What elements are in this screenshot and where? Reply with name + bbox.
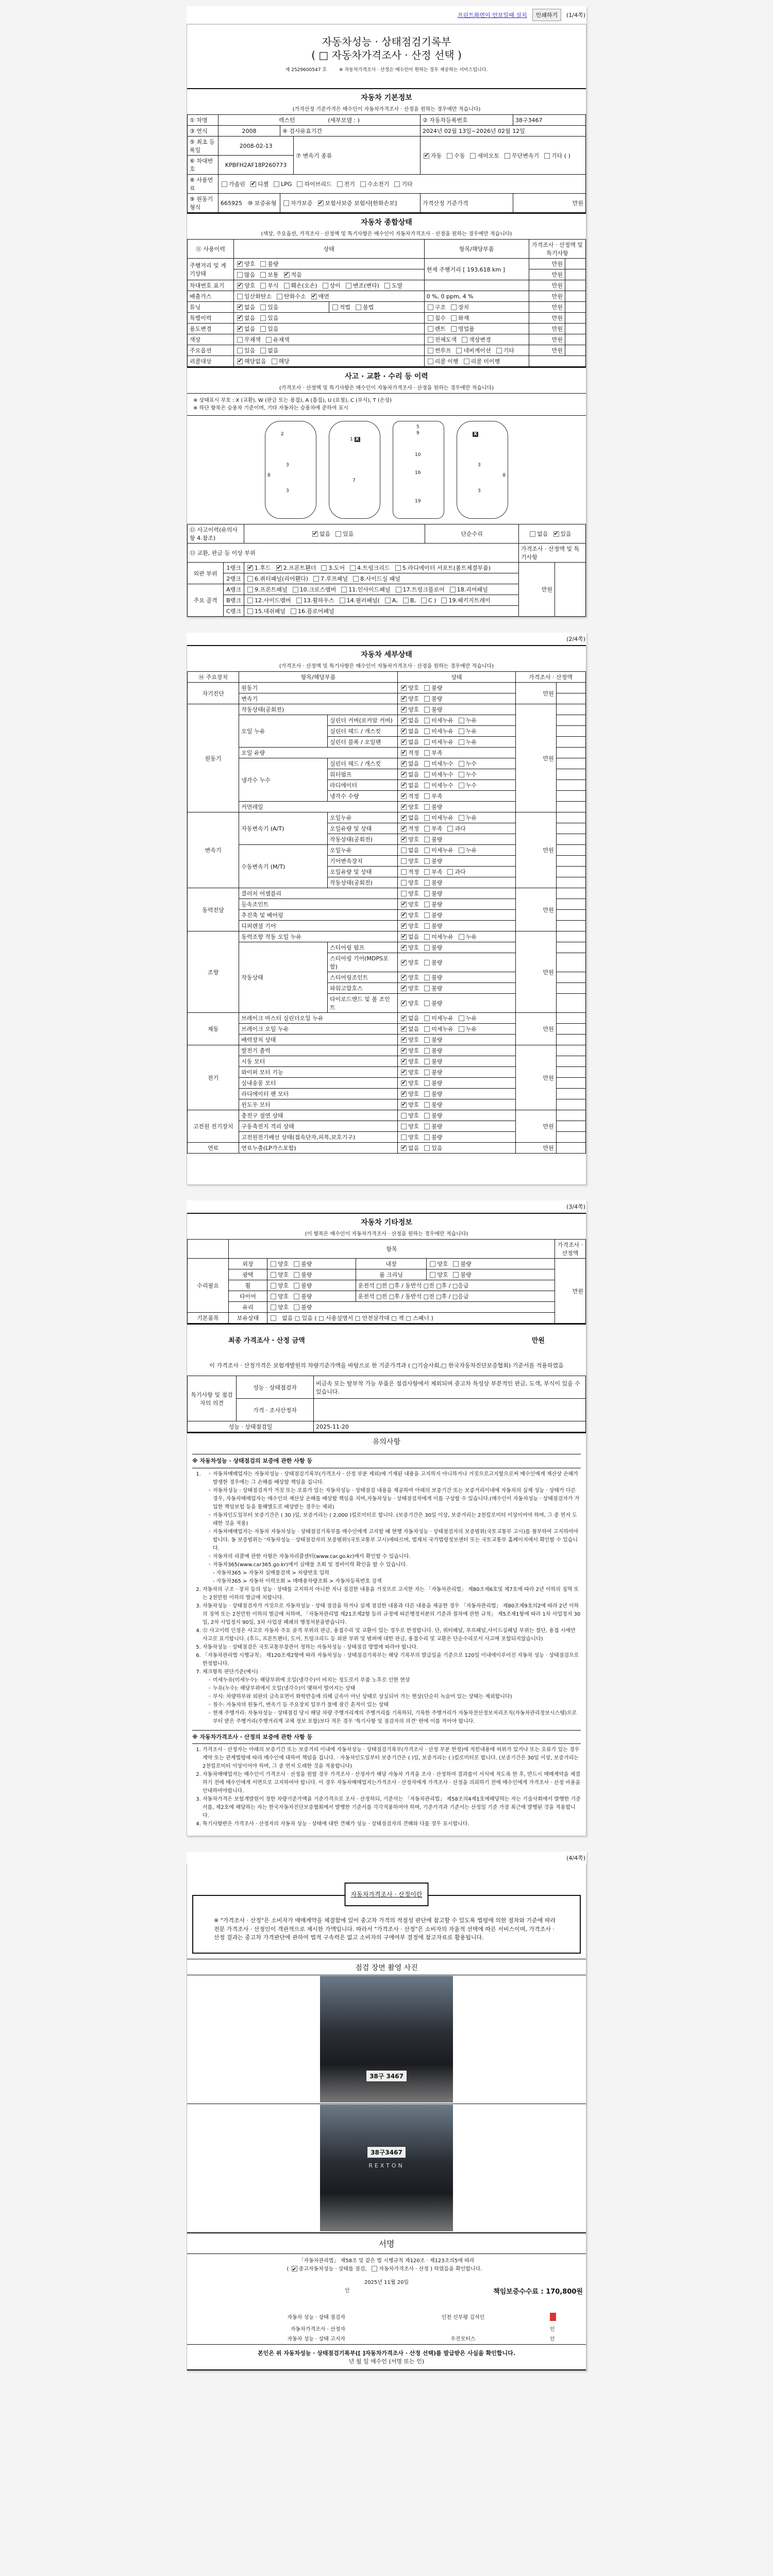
unchecked-box-icon[interactable] [401, 1134, 407, 1140]
unchecked-box-icon[interactable] [424, 728, 430, 734]
unchecked-box-icon[interactable] [277, 294, 282, 299]
unchecked-box-icon[interactable] [470, 153, 476, 159]
checkbox-option[interactable]: 유채색 [265, 336, 290, 343]
unchecked-box-icon[interactable] [424, 1001, 430, 1006]
checked-box-icon[interactable] [401, 902, 407, 907]
checkbox-option[interactable]: 무채색 [236, 336, 261, 343]
checkbox-option[interactable]: 불량 [423, 685, 442, 691]
checkbox-option[interactable]: 18.리어패널 [449, 586, 488, 593]
checked-box-icon[interactable] [401, 1015, 407, 1021]
unchecked-box-icon[interactable] [424, 934, 430, 940]
unchecked-box-icon[interactable] [424, 718, 430, 723]
checkbox-option[interactable]: 불량 [423, 1058, 442, 1065]
checkbox-option[interactable]: 4.트렁크리드 [349, 565, 390, 571]
checkbox-option[interactable]: 불량 [423, 974, 442, 981]
checked-box-icon[interactable] [401, 1145, 407, 1151]
unchecked-box-icon[interactable] [332, 304, 338, 310]
checkbox-option[interactable]: 양호 [400, 890, 419, 897]
checked-box-icon[interactable] [401, 1048, 407, 1054]
checkbox-option[interactable]: 없음 [400, 760, 419, 767]
checkbox-option[interactable]: 누유 [458, 1015, 477, 1022]
unchecked-box-icon[interactable] [294, 1304, 299, 1310]
checkbox-option[interactable]: 16.플로어패널 [290, 608, 334, 615]
checkbox-option[interactable]: 불량 [293, 1282, 312, 1289]
unchecked-box-icon[interactable] [459, 934, 464, 940]
checkbox-option[interactable]: 과다 [446, 869, 465, 875]
checked-box-icon[interactable] [401, 934, 407, 940]
checkbox-option[interactable]: 10.크로스멤버 [292, 586, 337, 593]
checkbox-option[interactable]: 양호 [400, 959, 419, 966]
print-button[interactable]: 인쇄하기 [532, 9, 562, 21]
unchecked-box-icon[interactable] [447, 826, 453, 832]
checkbox-option[interactable]: 없음 [400, 717, 419, 724]
checkbox-option[interactable]: 14.필러패널( [339, 597, 380, 604]
unchecked-box-icon[interactable] [424, 1048, 430, 1054]
unchecked-box-icon[interactable] [424, 1059, 430, 1064]
checkbox-option[interactable]: 양호 [400, 1112, 419, 1119]
unchecked-box-icon[interactable] [271, 1304, 276, 1310]
checkbox-option[interactable]: 없음 [400, 1145, 419, 1151]
checked-box-icon[interactable] [284, 272, 290, 278]
checkbox-option[interactable]: 불량 [293, 1261, 312, 1267]
checkbox-option[interactable]: 불량 [452, 1272, 471, 1278]
unchecked-box-icon[interactable] [272, 359, 277, 364]
unchecked-box-icon[interactable] [271, 1315, 276, 1321]
checked-box-icon[interactable] [401, 728, 407, 734]
checkbox-option[interactable]: 가솔린 [221, 181, 245, 188]
unchecked-box-icon[interactable] [450, 587, 456, 592]
checkbox-option[interactable]: 양호 [400, 1091, 419, 1097]
unchecked-box-icon[interactable] [384, 283, 390, 289]
unchecked-box-icon[interactable] [260, 348, 266, 353]
unchecked-box-icon[interactable] [496, 348, 502, 353]
checked-box-icon[interactable] [247, 565, 253, 571]
checked-box-icon[interactable] [401, 750, 407, 756]
checked-box-icon[interactable] [401, 1091, 407, 1097]
checkbox-option[interactable]: 있음 [552, 531, 572, 537]
checked-box-icon[interactable] [401, 685, 407, 691]
unchecked-box-icon[interactable] [424, 696, 430, 702]
checkbox-option[interactable]: 미세누유 [423, 739, 453, 745]
checked-box-icon[interactable] [401, 783, 407, 788]
unchecked-box-icon[interactable] [237, 337, 243, 343]
unchecked-box-icon[interactable] [340, 598, 345, 603]
checkbox-option[interactable]: 불량 [423, 1047, 442, 1054]
checked-box-icon[interactable] [250, 181, 256, 187]
unchecked-box-icon[interactable] [403, 598, 409, 603]
unchecked-box-icon[interactable] [360, 181, 366, 187]
checkbox-option[interactable]: 해당 [271, 358, 290, 365]
unchecked-box-icon[interactable] [424, 858, 430, 864]
checkbox-option[interactable]: 불량 [423, 901, 442, 908]
checkbox-option[interactable]: 보통 [259, 272, 278, 278]
checkbox-option[interactable]: 불량 [423, 959, 442, 966]
checkbox-option[interactable]: 있음 [236, 347, 255, 354]
checked-box-icon[interactable] [292, 2266, 297, 2272]
checked-box-icon[interactable] [401, 1026, 407, 1032]
unchecked-box-icon[interactable] [424, 1091, 430, 1097]
unchecked-box-icon[interactable] [428, 326, 433, 332]
checkbox-option[interactable]: 양호 [400, 1000, 419, 1007]
unchecked-box-icon[interactable] [441, 598, 447, 603]
checkbox-option[interactable]: 미세누유 [423, 1015, 453, 1022]
checkbox-option[interactable]: 양호 [400, 685, 419, 691]
checkbox-option[interactable]: B, [402, 597, 416, 604]
checked-box-icon[interactable] [237, 359, 243, 364]
checked-box-icon[interactable] [424, 153, 429, 159]
unchecked-box-icon[interactable] [424, 1134, 430, 1140]
unchecked-box-icon[interactable] [424, 1124, 430, 1129]
checkbox-option[interactable]: 썬루프 [427, 347, 451, 354]
checkbox-option[interactable]: 5.라디에이터 서포트(볼트체결부품) [394, 565, 491, 571]
checkbox-option[interactable]: 양호 [400, 696, 419, 702]
checkbox-option[interactable]: 부족 [423, 825, 442, 832]
checkbox-option[interactable]: 불량 [423, 1101, 442, 1108]
checkbox-option[interactable]: 누수 [458, 760, 477, 767]
unchecked-box-icon[interactable] [424, 1145, 430, 1151]
checkbox-option[interactable]: 없음 [400, 1026, 419, 1032]
checked-box-icon[interactable] [401, 718, 407, 723]
unchecked-box-icon[interactable] [459, 739, 464, 745]
unchecked-box-icon[interactable] [350, 565, 356, 571]
checkbox-option[interactable]: 수동 [446, 152, 465, 159]
checkbox-option[interactable]: 색상변경 [461, 336, 491, 343]
unchecked-box-icon[interactable] [297, 181, 303, 187]
checkbox-option[interactable]: 있음 [334, 531, 354, 537]
unchecked-box-icon[interactable] [260, 326, 266, 332]
unchecked-box-icon[interactable] [430, 1261, 435, 1267]
checkbox-option[interactable]: 7.루프패널 [312, 575, 348, 582]
checkbox-option[interactable]: 없음 [236, 315, 255, 321]
unchecked-box-icon[interactable] [394, 181, 400, 187]
unchecked-box-icon[interactable] [424, 986, 430, 991]
checkbox-option[interactable]: 불량 [423, 804, 442, 810]
checkbox-option[interactable]: 미세누유 [423, 717, 453, 724]
checkbox-option[interactable]: 불량 [423, 1112, 442, 1119]
checkbox-option[interactable]: 도말 [383, 282, 402, 289]
checkbox-option[interactable]: 미세누유 [423, 934, 453, 940]
checkbox-option[interactable]: 13.휠하우스 [295, 597, 334, 604]
checkbox-option[interactable]: 누유 [458, 934, 477, 940]
unchecked-box-icon[interactable] [424, 685, 430, 691]
checked-box-icon[interactable] [401, 945, 407, 951]
checkbox-option[interactable]: 전체도색 [427, 336, 457, 343]
checkbox-option[interactable]: 양호 [400, 1037, 419, 1043]
unchecked-box-icon[interactable] [283, 200, 289, 206]
checkbox-option[interactable]: 17.트렁크플로어 [395, 586, 445, 593]
checkbox-option[interactable]: 양호 [236, 261, 255, 267]
checkbox-option[interactable]: 기타 ( ) [543, 152, 570, 159]
checked-box-icon[interactable] [401, 1059, 407, 1064]
unchecked-box-icon[interactable] [424, 826, 430, 832]
checkbox-option[interactable]: 양호 [400, 858, 419, 865]
checkbox-option[interactable]: 매연 [310, 293, 329, 300]
unchecked-box-icon[interactable] [459, 718, 464, 723]
checkbox-option[interactable]: 디젤 [249, 181, 268, 188]
checkbox-option[interactable]: 양호 [400, 974, 419, 981]
unchecked-box-icon[interactable] [341, 587, 347, 592]
checkbox-option[interactable]: 불량 [423, 706, 442, 713]
checkbox-option[interactable]: 양호 [400, 985, 419, 992]
checkbox-option[interactable]: 누유 [458, 717, 477, 724]
checkbox-option[interactable]: 적정 [400, 869, 419, 875]
unchecked-box-icon[interactable] [424, 912, 430, 918]
checkbox-option[interactable]: 자동차가격조사 · 산정 ) 하였음을 확인합니다. [371, 2266, 482, 2272]
checkbox-option[interactable]: 누수 [458, 782, 477, 789]
checkbox-option[interactable]: 미세누수 [423, 782, 453, 789]
unchecked-box-icon[interactable] [428, 337, 433, 343]
checkbox-option[interactable]: 양호 [400, 1069, 419, 1076]
unchecked-box-icon[interactable] [293, 587, 298, 592]
unchecked-box-icon[interactable] [401, 1113, 407, 1118]
checkbox-option[interactable]: 적정 [400, 750, 419, 756]
checkbox-option[interactable]: 불량 [452, 1261, 471, 1267]
unchecked-box-icon[interactable] [464, 359, 469, 364]
checked-box-icon[interactable] [311, 294, 317, 299]
checkbox-option[interactable]: 2.프론트휀더 [275, 565, 316, 571]
checkbox-option[interactable]: 양호 [270, 1272, 289, 1278]
checked-box-icon[interactable] [401, 1080, 407, 1086]
unchecked-box-icon[interactable] [428, 348, 433, 353]
unchecked-box-icon[interactable] [401, 880, 407, 886]
unchecked-box-icon[interactable] [424, 1026, 430, 1032]
checkbox-option[interactable]: 누유 [458, 739, 477, 745]
checked-box-icon[interactable] [237, 326, 243, 332]
unchecked-box-icon[interactable] [424, 975, 430, 980]
checked-box-icon[interactable] [401, 1037, 407, 1043]
unchecked-box-icon[interactable] [459, 761, 464, 767]
checkbox-option[interactable]: 미세누수 [423, 760, 453, 767]
checked-box-icon[interactable] [401, 793, 407, 799]
unchecked-box-icon[interactable] [459, 1015, 464, 1021]
unchecked-box-icon[interactable] [424, 880, 430, 886]
unchecked-box-icon[interactable] [237, 348, 243, 353]
checkbox-option[interactable]: C ) [420, 597, 436, 604]
unchecked-box-icon[interactable] [401, 848, 407, 853]
unchecked-box-icon[interactable] [424, 902, 430, 907]
checkbox-option[interactable]: 적정 [400, 825, 419, 832]
checkbox-option[interactable]: 1.후드 [246, 565, 271, 571]
unchecked-box-icon[interactable] [401, 1124, 407, 1129]
checkbox-option[interactable]: 불량 [423, 879, 442, 886]
checkbox-option[interactable]: 불량 [293, 1272, 312, 1278]
checkbox-option[interactable]: 양호 [400, 912, 419, 919]
unchecked-box-icon[interactable] [459, 815, 464, 821]
checkbox-option[interactable]: 미세누수 [423, 771, 453, 778]
unchecked-box-icon[interactable] [424, 804, 430, 810]
unchecked-box-icon[interactable] [401, 869, 407, 875]
unchecked-box-icon[interactable] [424, 750, 430, 756]
checked-box-icon[interactable] [401, 815, 407, 821]
unchecked-box-icon[interactable] [372, 2266, 377, 2272]
checkbox-option[interactable]: 양호 [270, 1261, 289, 1267]
checked-box-icon[interactable] [401, 837, 407, 842]
checkbox-option[interactable]: 양호 [400, 1123, 419, 1130]
checked-box-icon[interactable] [318, 200, 324, 206]
checkbox-option[interactable]: 침수 [427, 315, 446, 321]
unchecked-box-icon[interactable] [222, 181, 227, 187]
checkbox-option[interactable]: 양호 [236, 282, 255, 289]
unchecked-box-icon[interactable] [353, 576, 359, 582]
checkbox-option[interactable]: 불량 [423, 1000, 442, 1007]
unchecked-box-icon[interactable] [294, 1283, 299, 1289]
unchecked-box-icon[interactable] [271, 1272, 276, 1278]
unchecked-box-icon[interactable] [323, 283, 328, 289]
unchecked-box-icon[interactable] [424, 1037, 430, 1043]
unchecked-box-icon[interactable] [459, 728, 464, 734]
unchecked-box-icon[interactable] [456, 348, 462, 353]
unchecked-box-icon[interactable] [453, 1272, 459, 1278]
checkbox-option[interactable]: LPG [273, 181, 292, 188]
unchecked-box-icon[interactable] [247, 587, 253, 592]
checkbox-option[interactable]: 적정 [400, 793, 419, 800]
unchecked-box-icon[interactable] [424, 960, 430, 965]
unchecked-box-icon[interactable] [271, 1294, 276, 1299]
checkbox-option[interactable]: 양호 [400, 901, 419, 908]
unchecked-box-icon[interactable] [401, 858, 407, 864]
checkbox-option[interactable]: 19.패키지트레이 [440, 597, 490, 604]
unchecked-box-icon[interactable] [424, 707, 430, 713]
checkbox-option[interactable]: 미세누유 [423, 815, 453, 821]
unchecked-box-icon[interactable] [424, 1015, 430, 1021]
unchecked-box-icon[interactable] [424, 848, 430, 853]
unchecked-box-icon[interactable] [459, 772, 464, 777]
checkbox-option[interactable]: 하이브리드 [296, 181, 331, 188]
unchecked-box-icon[interactable] [346, 283, 351, 289]
checkbox-option[interactable]: 없음 [400, 815, 419, 821]
unchecked-box-icon[interactable] [356, 304, 361, 310]
checkbox-option[interactable]: 누수 [458, 771, 477, 778]
unchecked-box-icon[interactable] [544, 153, 550, 159]
checked-box-icon[interactable] [401, 986, 407, 991]
checkbox-option[interactable]: 부식 [259, 282, 278, 289]
checkbox-option[interactable]: 있음 [259, 304, 278, 311]
checkbox-option[interactable]: 불량 [423, 1080, 442, 1087]
unchecked-box-icon[interactable] [260, 272, 266, 278]
checkbox-option[interactable]: 수소전기 [359, 181, 390, 188]
checkbox-option[interactable]: 있음 [259, 326, 278, 332]
checkbox-option[interactable]: 상이 [322, 282, 341, 289]
unchecked-box-icon[interactable] [451, 304, 457, 310]
checkbox-option[interactable]: 없음 [311, 531, 330, 537]
checkbox-option[interactable]: 양호 [400, 944, 419, 951]
checkbox-option[interactable]: 없음 [400, 739, 419, 745]
checkbox-option[interactable]: 있음 [423, 1145, 442, 1151]
checkbox-option[interactable]: 영업용 [450, 326, 475, 332]
unchecked-box-icon[interactable] [453, 1261, 459, 1267]
checkbox-option[interactable] [270, 1315, 278, 1321]
unchecked-box-icon[interactable] [260, 283, 266, 289]
unchecked-box-icon[interactable] [424, 837, 430, 842]
checked-box-icon[interactable] [401, 1070, 407, 1075]
unchecked-box-icon[interactable] [271, 1283, 276, 1289]
checked-box-icon[interactable] [276, 565, 282, 571]
unchecked-box-icon[interactable] [237, 272, 243, 278]
checkbox-option[interactable]: 불량 [423, 858, 442, 865]
unchecked-box-icon[interactable] [424, 923, 430, 929]
checkbox-option[interactable]: 불량 [423, 1134, 442, 1141]
checkbox-option[interactable]: 양호 [270, 1304, 289, 1311]
unchecked-box-icon[interactable] [284, 283, 290, 289]
checkbox-option[interactable]: 미세누유 [423, 847, 453, 854]
checked-box-icon[interactable] [401, 761, 407, 767]
unchecked-box-icon[interactable] [401, 891, 407, 896]
checkbox-option[interactable]: 렌트 [427, 326, 446, 332]
unchecked-box-icon[interactable] [294, 1294, 299, 1299]
checkbox-option[interactable]: 기타 [495, 347, 514, 354]
unchecked-box-icon[interactable] [424, 761, 430, 767]
checked-box-icon[interactable] [237, 304, 243, 310]
checked-box-icon[interactable] [401, 772, 407, 777]
checkbox-option[interactable]: 양호 [400, 1080, 419, 1087]
checked-box-icon[interactable] [401, 1102, 407, 1108]
unchecked-box-icon[interactable] [294, 1272, 299, 1278]
unchecked-box-icon[interactable] [459, 848, 464, 853]
unchecked-box-icon[interactable] [247, 598, 253, 603]
checkbox-option[interactable]: 양호 [400, 879, 419, 886]
checkbox-option[interactable]: 화재 [450, 315, 469, 321]
unchecked-box-icon[interactable] [291, 608, 296, 614]
checkbox-option[interactable]: 무단변속기 [503, 152, 539, 159]
checkbox-option[interactable]: 미세누유 [423, 728, 453, 735]
unchecked-box-icon[interactable] [428, 315, 433, 321]
checkbox-option[interactable]: 불량 [423, 696, 442, 702]
checkbox-option[interactable]: 탄화수소 [276, 293, 306, 300]
unchecked-box-icon[interactable] [396, 587, 401, 592]
checkbox-option[interactable]: 불량 [423, 890, 442, 897]
unchecked-box-icon[interactable] [447, 869, 453, 875]
unchecked-box-icon[interactable] [424, 1070, 430, 1075]
checkbox-option[interactable]: 세미오토 [469, 152, 499, 159]
checkbox-option[interactable]: 부족 [423, 750, 442, 756]
unchecked-box-icon[interactable] [428, 304, 433, 310]
checkbox-option[interactable]: 불량 [293, 1293, 312, 1300]
checked-box-icon[interactable] [401, 707, 407, 713]
checkbox-option[interactable]: 없음 [400, 934, 419, 940]
checkbox-option[interactable]: 부족 [423, 793, 442, 800]
checkbox-option[interactable]: 8.사이드실 패널 [352, 575, 400, 582]
checkbox-option[interactable]: 일산화탄소 [236, 293, 272, 300]
unchecked-box-icon[interactable] [459, 1026, 464, 1032]
checked-box-icon[interactable] [401, 975, 407, 980]
unchecked-box-icon[interactable] [321, 565, 327, 571]
checked-box-icon[interactable] [237, 315, 243, 321]
checkbox-option[interactable]: 양호 [400, 1134, 419, 1141]
checkbox-option[interactable]: 없음 [236, 304, 255, 311]
checked-box-icon[interactable] [312, 531, 318, 537]
unchecked-box-icon[interactable] [294, 1261, 299, 1267]
checkbox-option[interactable]: 미세누유 [423, 1026, 453, 1032]
checkbox-option[interactable]: 기타 [393, 181, 412, 188]
checkbox-option[interactable]: 과다 [446, 825, 465, 832]
install-link[interactable]: 프린트화면이 안보일때 설치 [458, 11, 527, 19]
checkbox-option[interactable]: 불량 [423, 1037, 442, 1043]
checkbox-option[interactable]: 11.인사이드패널 [340, 586, 390, 593]
checked-box-icon[interactable] [401, 826, 407, 832]
unchecked-box-icon[interactable] [260, 261, 266, 267]
checkbox-option[interactable]: 누유 [458, 1026, 477, 1032]
checkbox-option[interactable]: 불법 [355, 304, 374, 311]
checkbox-option[interactable]: 장치 [450, 304, 469, 311]
unchecked-box-icon[interactable] [451, 326, 457, 332]
unchecked-box-icon[interactable] [459, 783, 464, 788]
checkbox-option[interactable]: 구조 [427, 304, 446, 311]
checked-box-icon[interactable] [553, 531, 559, 537]
unchecked-box-icon[interactable] [266, 337, 272, 343]
checkbox-option[interactable]: 양호 [270, 1282, 289, 1289]
checked-box-icon[interactable] [401, 739, 407, 745]
checkbox-option[interactable]: 있음 [259, 315, 278, 321]
